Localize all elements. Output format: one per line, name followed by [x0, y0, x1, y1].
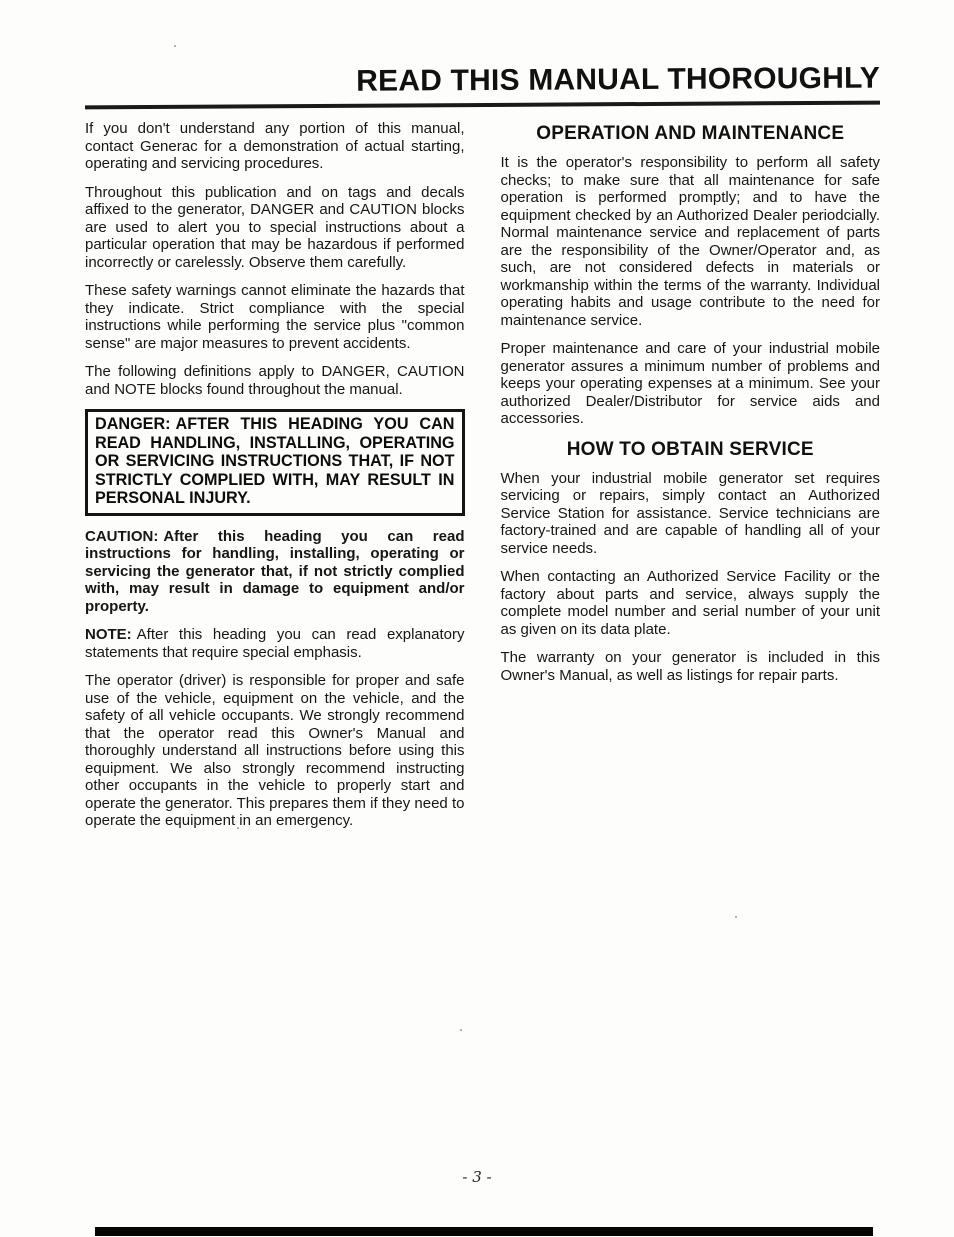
danger-label: DANGER: [95, 415, 171, 433]
note-text: After this heading you can read explanat… [85, 626, 465, 661]
caution-paragraph: CAUTION:After this heading you can read … [85, 528, 465, 616]
left-column: If you don't understand any portion of t… [85, 120, 465, 841]
section-heading-how-to-obtain-service: HOW TO OBTAIN SERVICE [501, 439, 881, 461]
paragraph-warranty: The warranty on your generator is includ… [501, 649, 881, 684]
page-number: - 3 - [0, 1168, 954, 1186]
scan-speck [237, 827, 239, 829]
paragraph-danger-caution-blocks: Throughout this publication and on tags … [85, 184, 465, 272]
manual-page: READ THIS MANUAL THOROUGHLY If you don't… [0, 0, 954, 1237]
scan-speck [174, 45, 176, 47]
paragraph-contacting-facility: When contacting an Authorized Service Fa… [501, 568, 881, 638]
scan-speck [735, 916, 737, 918]
title-underline-rule [85, 101, 880, 110]
paragraph-operator-safety-checks: It is the operator's responsibility to p… [501, 154, 881, 329]
paragraph-operator-responsibility: The operator (driver) is responsible for… [85, 672, 465, 830]
two-column-layout: If you don't understand any portion of t… [85, 120, 880, 841]
scan-speck [460, 1029, 462, 1031]
page-content: READ THIS MANUAL THOROUGHLY If you don't… [85, 64, 880, 841]
paragraph-intro: If you don't understand any portion of t… [85, 120, 465, 173]
footer-scan-bar [95, 1227, 873, 1236]
page-title: READ THIS MANUAL THOROUGHLY [85, 62, 880, 101]
danger-box: DANGER:AFTER THIS HEADING YOU CAN READ H… [85, 409, 465, 516]
caution-label: CAUTION: [85, 528, 158, 545]
note-paragraph: NOTE:After this heading you can read exp… [85, 626, 465, 661]
section-heading-operation-and-maintenance: OPERATION AND MAINTENANCE [501, 123, 881, 145]
right-column: OPERATION AND MAINTENANCE It is the oper… [501, 120, 881, 841]
paragraph-servicing-repairs: When your industrial mobile generator se… [501, 470, 881, 558]
paragraph-definitions: The following definitions apply to DANGE… [85, 363, 465, 398]
paragraph-proper-maintenance: Proper maintenance and care of your indu… [501, 340, 881, 428]
paragraph-safety-warnings: These safety warnings cannot eliminate t… [85, 282, 465, 352]
note-label: NOTE: [85, 626, 132, 643]
